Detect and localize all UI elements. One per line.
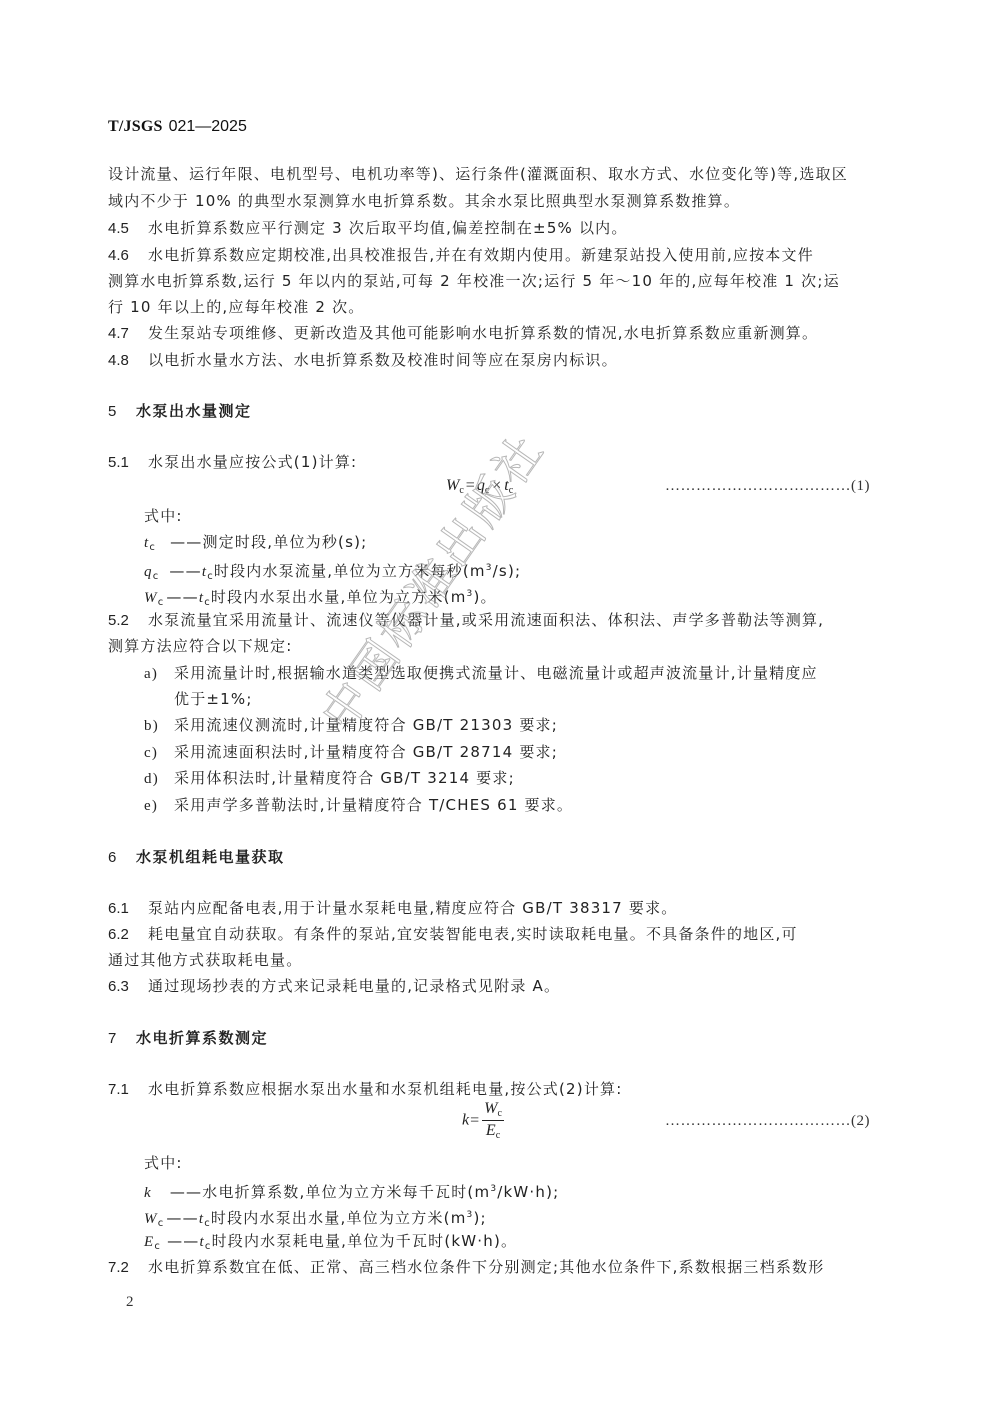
list-text: 采用流速仪测流时,计量精度符合 GB/T 21303 要求; [174, 716, 558, 734]
clause-7-2: 7.2水电折算系数宜在低、正常、高三档水位条件下分别测定;其他水位条件下,系数根… [108, 1257, 824, 1278]
section-number: 7 [108, 1029, 136, 1049]
clause-number: 7.1 [108, 1080, 148, 1100]
list-label: b) [144, 716, 174, 736]
clause-text: 耗电量宜自动获取。有条件的泵站,宜安装智能电表,实时读取耗电量。不具备条件的地区… [148, 925, 798, 943]
clause-6-3: 6.3通过现场抄表的方式来记录耗电量的,记录格式见附录 A。 [108, 976, 560, 997]
def-ref-subscript: c [205, 1241, 212, 1252]
section-6-heading: 6水泵机组耗电量获取 [108, 847, 285, 868]
fraction-numerator: Wc [482, 1100, 504, 1121]
formula-symbol: W [484, 1100, 497, 1117]
section-number: 6 [108, 848, 136, 868]
def-dash: —— [170, 1183, 202, 1201]
def-ref-subscript: c [204, 1218, 211, 1229]
doc-number: 021—2025 [169, 118, 247, 135]
definition-tc: tc——测定时段,单位为秒(s); [144, 532, 367, 558]
def-symbol: W [144, 1211, 158, 1227]
clause-text: 水泵出水量应按公式(1)计算: [148, 453, 357, 471]
list-text: 采用体积法时,计量精度符合 GB/T 3214 要求; [174, 769, 515, 787]
definition-ec: Ec——tc时段内水泵耗电量,单位为千瓦时(kW·h)。 [144, 1231, 517, 1257]
equation-number: ………………………………(2) [665, 1113, 870, 1130]
def-symbol: k [144, 1185, 152, 1201]
def-text: 时段内水泵耗电量,单位为千瓦时(kW·h)。 [212, 1232, 518, 1250]
def-dash: —— [167, 1232, 199, 1250]
def-text: 时段内水泵出水量,单位为立方米(m [211, 588, 467, 606]
clause-text: 泵站内应配备电表,用于计量水泵耗电量,精度应符合 GB/T 38317 要求。 [148, 899, 678, 917]
clause-number: 4.7 [108, 324, 148, 344]
section-title: 水泵出水量测定 [136, 402, 252, 420]
clause-text-cont: 通过其他方式获取耗电量。 [108, 950, 302, 970]
clause-number: 6.2 [108, 925, 148, 945]
formula-symbol: k [462, 1112, 469, 1129]
clause-number: 4.6 [108, 246, 148, 266]
equation-number: ………………………………(1) [665, 478, 870, 495]
section-7-heading: 7水电折算系数测定 [108, 1028, 268, 1049]
def-tail: /s); [493, 562, 522, 580]
clause-text-cont: 行 10 年以上的,应每年校准 2 次。 [108, 297, 364, 317]
clause-text: 通过现场抄表的方式来记录耗电量的,记录格式见附录 A。 [148, 977, 560, 995]
clause-5-2: 5.2水泵流量宜采用流量计、流速仪等仪器计量,或采用流速面积法、体积法、声学多普… [108, 610, 824, 631]
definition-wc: Wc——tc时段内水泵出水量,单位为立方米(m3)。 [144, 584, 497, 613]
def-text: 时段内水泵流量,单位为立方米每秒(m [214, 562, 486, 580]
document-page: T/JSGS021—2025 设计流量、运行年限、电机型号、电机功率等)、运行条… [0, 0, 992, 1403]
def-dash: —— [169, 562, 201, 580]
def-subscript: c [154, 1241, 161, 1252]
formula-operator: × [492, 477, 501, 494]
clause-text-cont: 测算水电折算系数,运行 5 年以内的泵站,可每 2 年校准一次;运行 5 年～1… [108, 271, 840, 291]
list-text: 采用流速面积法时,计量精度符合 GB/T 28714 要求; [174, 743, 558, 761]
def-subscript: c [158, 597, 165, 608]
def-subscript: c [149, 542, 156, 553]
clause-text: 以电折水量水方法、水电折算系数及校准时间等应在泵房内标识。 [148, 351, 618, 369]
list-item-b: b)采用流速仪测流时,计量精度符合 GB/T 21303 要求; [144, 715, 558, 736]
def-symbol: W [144, 590, 158, 606]
clause-6-2: 6.2耗电量宜自动获取。有条件的泵站,宜安装智能电表,实时读取耗电量。不具备条件… [108, 924, 798, 945]
document-identifier: T/JSGS021—2025 [108, 118, 247, 136]
def-dash: —— [166, 1209, 198, 1227]
section-title: 水泵机组耗电量获取 [136, 848, 285, 866]
def-text: 水电折算系数,单位为立方米每千瓦时(m [202, 1183, 490, 1201]
definition-wc: Wc——tc时段内水泵出水量,单位为立方米(m3); [144, 1205, 487, 1234]
def-text: 测定时段,单位为秒(s); [202, 533, 367, 551]
def-subscript: c [158, 1218, 165, 1229]
clause-text: 水电折算系数应定期校准,出具校准报告,并在有效期内使用。新建泵站投入使用前,应按… [148, 246, 814, 264]
clause-4-6: 4.6水电折算系数应定期校准,出具校准报告,并在有效期内使用。新建泵站投入使用前… [108, 245, 814, 266]
formula-operator: = [466, 477, 475, 494]
def-tail: )。 [473, 588, 496, 606]
def-superscript: 3 [486, 563, 493, 573]
def-tail: ); [473, 1209, 486, 1227]
section-5-heading: 5水泵出水量测定 [108, 401, 252, 422]
clause-text: 水泵流量宜采用流量计、流速仪等仪器计量,或采用流速面积法、体积法、声学多普勒法等… [148, 611, 824, 629]
formula-subscript: c [496, 1130, 500, 1141]
clause-4-7: 4.7发生泵站专项维修、更新改造及其他可能影响水电折算系数的情况,水电折算系数应… [108, 323, 818, 344]
where-label: 式中: [144, 506, 183, 526]
where-label: 式中: [144, 1153, 183, 1173]
list-text-cont: 优于±1%; [174, 689, 253, 709]
def-dash: —— [166, 588, 198, 606]
clause-5-1: 5.1水泵出水量应按公式(1)计算: [108, 452, 357, 473]
clause-4-5: 4.5水电折算系数应平行测定 3 次后取平均值,偏差控制在±5% 以内。 [108, 218, 628, 239]
formula-subscript: c [485, 485, 489, 496]
formula-2: k=WcEc [462, 1100, 504, 1141]
formula-subscript: c [509, 485, 513, 496]
list-item-a: a)采用流量计时,根据输水道类型选取便携式流量计、电磁流量计或超声波流量计,计量… [144, 663, 818, 684]
clause-text: 水电折算系数应平行测定 3 次后取平均值,偏差控制在±5% 以内。 [148, 219, 628, 237]
page-number: 2 [126, 1294, 134, 1311]
clause-number: 6.1 [108, 899, 148, 919]
clause-7-1: 7.1水电折算系数应根据水泵出水量和水泵机组耗电量,按公式(2)计算: [108, 1079, 622, 1100]
clause-text: 水电折算系数宜在低、正常、高三档水位条件下分别测定;其他水位条件下,系数根据三档… [148, 1258, 824, 1276]
intro-line: 域内不少于 10% 的典型水泵测算水电折算系数。其余水泵比照典型水泵测算系数推算… [108, 191, 740, 211]
def-text: 时段内水泵出水量,单位为立方米(m [211, 1209, 467, 1227]
def-dash: —— [170, 533, 202, 551]
formula-symbol: q [477, 477, 485, 494]
clause-4-8: 4.8以电折水量水方法、水电折算系数及校准时间等应在泵房内标识。 [108, 350, 618, 371]
list-item-e: e)采用声学多普勒法时,计量精度符合 T/CHES 61 要求。 [144, 795, 573, 816]
def-ref-subscript: c [204, 597, 211, 608]
formula-symbol: W [446, 477, 459, 494]
def-symbol: E [144, 1234, 154, 1250]
list-label: c) [144, 743, 174, 763]
clause-text: 水电折算系数应根据水泵出水量和水泵机组耗电量,按公式(2)计算: [148, 1080, 622, 1098]
formula-1: Wc=qc×tc [446, 477, 513, 496]
definition-k: k——水电折算系数,单位为立方米每千瓦时(m3/kW·h); [144, 1179, 559, 1203]
list-label: d) [144, 769, 174, 789]
def-symbol: q [144, 564, 153, 580]
list-label: a) [144, 664, 174, 684]
list-text: 采用流量计时,根据输水道类型选取便携式流量计、电磁流量计或超声波流量计,计量精度… [174, 664, 818, 682]
doc-code: T/JSGS [108, 118, 163, 135]
def-subscript: c [153, 571, 160, 582]
clause-number: 6.3 [108, 977, 148, 997]
clause-number: 4.5 [108, 219, 148, 239]
list-item-d: d)采用体积法时,计量精度符合 GB/T 3214 要求; [144, 768, 515, 789]
clause-number: 5.1 [108, 453, 148, 473]
formula-subscript: c [459, 485, 463, 496]
clause-number: 7.2 [108, 1258, 148, 1278]
formula-symbol: E [486, 1122, 496, 1139]
list-item-c: c)采用流速面积法时,计量精度符合 GB/T 28714 要求; [144, 742, 558, 763]
formula-fraction: WcEc [482, 1100, 504, 1141]
clause-number: 4.8 [108, 351, 148, 371]
section-number: 5 [108, 402, 136, 422]
def-tail: /kW·h); [497, 1183, 559, 1201]
formula-subscript: c [497, 1108, 501, 1119]
clause-text: 发生泵站专项维修、更新改造及其他可能影响水电折算系数的情况,水电折算系数应重新测… [148, 324, 818, 342]
def-ref-subscript: c [207, 571, 214, 582]
formula-operator: = [470, 1112, 479, 1129]
clause-number: 5.2 [108, 611, 148, 631]
clause-text-cont: 测算方法应符合以下规定: [108, 636, 292, 656]
list-label: e) [144, 796, 174, 816]
intro-line: 设计流量、运行年限、电机型号、电机功率等)、运行条件(灌溉面积、取水方式、水位变… [108, 164, 848, 184]
fraction-denominator: Ec [482, 1121, 504, 1141]
list-text: 采用声学多普勒法时,计量精度符合 T/CHES 61 要求。 [174, 796, 573, 814]
section-title: 水电折算系数测定 [136, 1029, 268, 1047]
clause-6-1: 6.1泵站内应配备电表,用于计量水泵耗电量,精度应符合 GB/T 38317 要… [108, 898, 678, 919]
definition-qc: qc——tc时段内水泵流量,单位为立方米每秒(m3/s); [144, 558, 521, 587]
